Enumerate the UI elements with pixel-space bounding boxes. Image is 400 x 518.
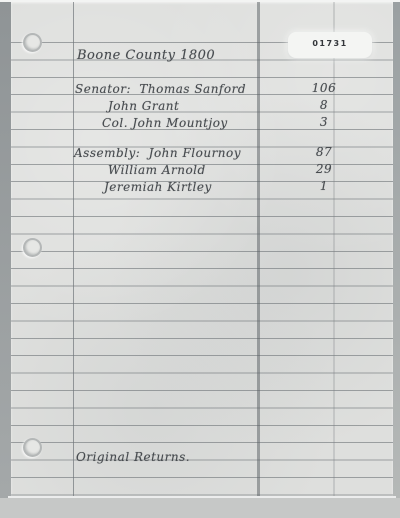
office-label-senator: Senator: <box>75 82 131 96</box>
vote-count: 1 <box>305 179 343 193</box>
scanner-background-left <box>0 0 11 498</box>
candidate-name: Col. John Mountjoy <box>102 116 228 130</box>
scanned-document-page: { "scan": { "archive_label": "01731" }, … <box>0 0 400 518</box>
candidate-name: Thomas Sanford <box>139 82 246 96</box>
scanner-background-right <box>393 0 400 498</box>
ruled-notebook-paper: 01731 Boone County 1800 Senator: Thomas … <box>11 2 393 496</box>
left-margin-line <box>73 2 74 496</box>
candidate-name: Jeremiah Kirtley <box>104 180 212 194</box>
vote-count: 29 <box>305 162 343 176</box>
vote-count: 3 <box>305 115 343 129</box>
vote-count: 106 <box>305 81 343 95</box>
punch-hole-bottom <box>23 438 42 457</box>
vertical-fold-crease <box>257 2 260 496</box>
assembly-row: Assembly: John Flournoy <box>74 146 241 160</box>
archive-label-number: 01731 <box>312 39 347 48</box>
office-label-assembly: Assembly: <box>74 146 140 160</box>
punch-hole-top <box>23 33 42 52</box>
candidate-name: John Flournoy <box>149 146 241 160</box>
candidate-name: William Arnold <box>108 163 206 177</box>
archive-label-sticker: 01731 <box>288 32 372 58</box>
punch-hole-middle <box>23 238 42 257</box>
vote-count: 87 <box>305 145 343 159</box>
faint-crease <box>333 2 335 496</box>
county-year-title: Boone County 1800 <box>77 48 215 63</box>
footer-note: Original Returns. <box>76 450 190 464</box>
vote-count: 8 <box>305 98 343 112</box>
candidate-name: John Grant <box>108 99 179 113</box>
senator-row: Senator: Thomas Sanford <box>75 82 246 96</box>
